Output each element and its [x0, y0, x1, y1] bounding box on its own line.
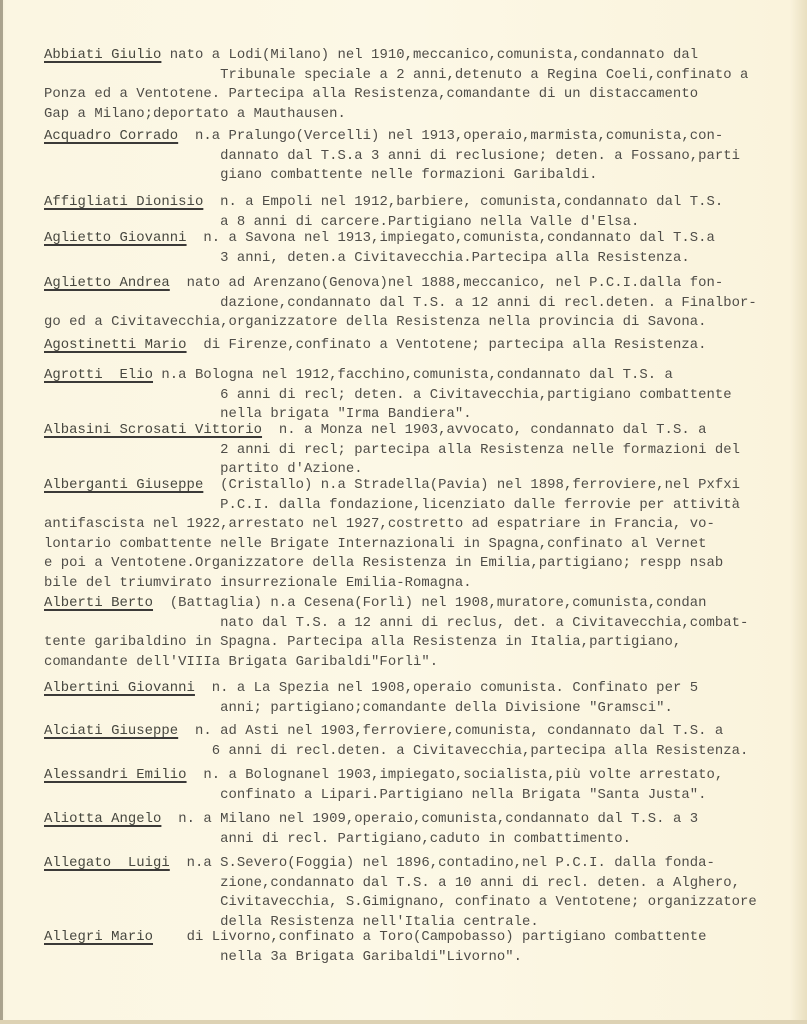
entry-line: Ponza ed a Ventotene. Partecipa alla Res… — [44, 85, 807, 105]
entry-text: giano combattente nelle formazioni Garib… — [220, 167, 597, 183]
entry-name: Affigliati Dionisio — [44, 194, 203, 210]
entry: Aliotta Angelo n. a Milano nel 1909,oper… — [44, 810, 807, 849]
entry-line: comandante dell'VIIIa Brigata Garibaldi"… — [44, 653, 807, 673]
entry-line: dazione,condannato dal T.S. a 12 anni di… — [44, 294, 807, 314]
entry-name: Allegri Mario — [44, 929, 153, 945]
entry-text: n. a Savona nel 1913,impiegato,comunista… — [203, 230, 715, 246]
entry-text: bile del triumvirato insurrezionale Emil… — [44, 575, 472, 591]
entry-line: Alessandri Emilio n. a Bolognanel 1903,i… — [44, 766, 807, 786]
entry-text: partito d'Azione. — [220, 461, 363, 477]
entry-name: Albertini Giovanni — [44, 680, 195, 696]
entry-name: Agrotti Elio — [44, 367, 153, 383]
entry-text: tente garibaldino in Spagna. Partecipa a… — [44, 634, 681, 650]
entry: Alciati Giuseppe n. ad Asti nel 1903,fer… — [44, 722, 807, 761]
entry-text: nato ad Arenzano(Genova)nel 1888,meccani… — [187, 275, 724, 291]
paper-left-edge — [0, 0, 3, 1024]
entry-text: n.a Pralungo(Vercelli) nel 1913,operaio,… — [195, 128, 723, 144]
entry-line: zione,condannato dal T.S. a 10 anni di r… — [44, 874, 807, 894]
entry-text: n. a Bolognanel 1903,impiegato,socialist… — [203, 767, 723, 783]
entry-text: (Battaglia) n.a Cesena(Forlì) nel 1908,m… — [170, 595, 707, 611]
entry-text: nato a Lodi(Milano) nel 1910,meccanico,c… — [170, 47, 698, 63]
entry-text: n.a S.Severo(Foggia) nel 1896,contadino,… — [187, 855, 715, 871]
entry-line: 3 anni, deten.a Civitavecchia.Partecipa … — [44, 249, 807, 269]
entry-text: n.a Bologna nel 1912,facchino,comunista,… — [161, 367, 673, 383]
entry-line: Aliotta Angelo n. a Milano nel 1909,oper… — [44, 810, 807, 830]
entry-line: tente garibaldino in Spagna. Partecipa a… — [44, 633, 807, 653]
entry-text: Tribunale speciale a 2 anni,detenuto a R… — [220, 67, 748, 83]
entry-line: lontario combattente nelle Brigate Inter… — [44, 535, 807, 555]
entry-text: anni di recl. Partigiano,caduto in comba… — [220, 831, 631, 847]
entry-line: nato dal T.S. a 12 anni di reclus, det. … — [44, 614, 807, 634]
entry: Alberti Berto (Battaglia) n.a Cesena(For… — [44, 594, 807, 672]
entry-text: Civitavecchia, S.Gimignano, confinato a … — [220, 894, 757, 910]
entry-name: Aglietto Andrea — [44, 275, 170, 291]
entry-text: lontario combattente nelle Brigate Inter… — [44, 536, 706, 552]
entry-text: n. ad Asti nel 1903,ferroviere,comunista… — [195, 723, 723, 739]
entry-text: Gap a Milano;deportato a Mauthausen. — [44, 106, 346, 122]
entry-line: Gap a Milano;deportato a Mauthausen. — [44, 105, 807, 125]
entry-text: zione,condannato dal T.S. a 10 anni di r… — [220, 875, 740, 891]
entry-line: bile del triumvirato insurrezionale Emil… — [44, 574, 807, 594]
entry-line: Agostinetti Mario di Firenze,confinato a… — [44, 336, 807, 356]
entry-line: Agrotti Elio n.a Bologna nel 1912,facchi… — [44, 366, 807, 386]
entry-text: P.C.I. dalla fondazione,licenziato dalle… — [220, 497, 740, 513]
entry-name: Alessandri Emilio — [44, 767, 187, 783]
entry: Albertini Giovanni n. a La Spezia nel 19… — [44, 679, 807, 718]
entry: Alberganti Giuseppe (Cristallo) n.a Stra… — [44, 476, 807, 593]
entry-line: Alberganti Giuseppe (Cristallo) n.a Stra… — [44, 476, 807, 496]
entry-line: Acquadro Corrado n.a Pralungo(Vercelli) … — [44, 127, 807, 147]
entry-line: confinato a Lipari.Partigiano nella Brig… — [44, 786, 807, 806]
entry-text: dannato dal T.S.a 3 anni di reclusione; … — [220, 148, 740, 164]
entry-name: Agostinetti Mario — [44, 337, 187, 353]
entry: Agostinetti Mario di Firenze,confinato a… — [44, 336, 807, 356]
entry-name: Alberti Berto — [44, 595, 153, 611]
entry-text: n. a Milano nel 1909,operaio,comunista,c… — [178, 811, 698, 827]
entry-line: Alberti Berto (Battaglia) n.a Cesena(For… — [44, 594, 807, 614]
entry-text: n. a Empoli nel 1912,barbiere, comunista… — [220, 194, 723, 210]
entry: Aglietto Giovanni n. a Savona nel 1913,i… — [44, 229, 807, 268]
entry-text: nella 3a Brigata Garibaldi"Livorno". — [220, 949, 522, 965]
entry: Allegato Luigi n.a S.Severo(Foggia) nel … — [44, 854, 807, 932]
entry-line: antifascista nel 1922,arrestato nel 1927… — [44, 515, 807, 535]
entry-text: di Firenze,confinato a Ventotene; partec… — [203, 337, 706, 353]
entry-name: Albasini Scrosati Vittorio — [44, 422, 262, 438]
entry-line: nella 3a Brigata Garibaldi"Livorno". — [44, 948, 807, 968]
entry-text: 3 anni, deten.a Civitavecchia.Partecipa … — [220, 250, 690, 266]
entry-line: anni; partigiano;comandante della Divisi… — [44, 699, 807, 719]
entry-text: Ponza ed a Ventotene. Partecipa alla Res… — [44, 86, 698, 102]
entry-text: nato dal T.S. a 12 anni di reclus, det. … — [220, 615, 748, 631]
entry-line: Albasini Scrosati Vittorio n. a Monza ne… — [44, 421, 807, 441]
document-page: Abbiati Giulio nato a Lodi(Milano) nel 1… — [0, 0, 807, 1024]
entry-name: Aglietto Giovanni — [44, 230, 187, 246]
entry-line: go ed a Civitavecchia,organizzatore dell… — [44, 313, 807, 333]
entry-text: nella brigata "Irma Bandiera". — [220, 406, 472, 422]
entry: Abbiati Giulio nato a Lodi(Milano) nel 1… — [44, 46, 807, 124]
entry-line: Affigliati Dionisio n. a Empoli nel 1912… — [44, 193, 807, 213]
entry: Albasini Scrosati Vittorio n. a Monza ne… — [44, 421, 807, 480]
entry-text: anni; partigiano;comandante della Divisi… — [220, 700, 673, 716]
entry-text: 2 anni di recl; partecipa alla Resistenz… — [220, 442, 740, 458]
entry-line: P.C.I. dalla fondazione,licenziato dalle… — [44, 496, 807, 516]
entry-line: anni di recl. Partigiano,caduto in comba… — [44, 830, 807, 850]
entry-text: (Cristallo) n.a Stradella(Pavia) nel 189… — [220, 477, 740, 493]
entry-name: Aliotta Angelo — [44, 811, 161, 827]
entry-line: giano combattente nelle formazioni Garib… — [44, 166, 807, 186]
entry-text: n. a Monza nel 1903,avvocato, condannato… — [279, 422, 707, 438]
entry-text: confinato a Lipari.Partigiano nella Brig… — [220, 787, 706, 803]
entry-text: 6 anni di recl.deten. a Civitavecchia,pa… — [212, 743, 749, 759]
entry-line: e poi a Ventotene.Organizzatore della Re… — [44, 554, 807, 574]
entry-name: Alciati Giuseppe — [44, 723, 178, 739]
entry: Agrotti Elio n.a Bologna nel 1912,facchi… — [44, 366, 807, 425]
entry: Alessandri Emilio n. a Bolognanel 1903,i… — [44, 766, 807, 805]
entry-text: go ed a Civitavecchia,organizzatore dell… — [44, 314, 706, 330]
entry-line: Aglietto Andrea nato ad Arenzano(Genova)… — [44, 274, 807, 294]
entry-text: dazione,condannato dal T.S. a 12 anni di… — [220, 295, 757, 311]
entry-line: 6 anni di recl.deten. a Civitavecchia,pa… — [44, 742, 807, 762]
entry-line: Aglietto Giovanni n. a Savona nel 1913,i… — [44, 229, 807, 249]
entry: Affigliati Dionisio n. a Empoli nel 1912… — [44, 193, 807, 232]
entry-name: Alberganti Giuseppe — [44, 477, 203, 493]
paper-bottom-edge — [0, 1020, 807, 1024]
entry: Allegri Mario di Livorno,confinato a Tor… — [44, 928, 807, 967]
entry: Aglietto Andrea nato ad Arenzano(Genova)… — [44, 274, 807, 333]
entry-text: 6 anni di recl; deten. a Civitavecchia,p… — [220, 387, 732, 403]
entry-line: 6 anni di recl; deten. a Civitavecchia,p… — [44, 386, 807, 406]
entry-name: Acquadro Corrado — [44, 128, 178, 144]
entry-text: comandante dell'VIIIa Brigata Garibaldi"… — [44, 654, 438, 670]
entry-text: di Livorno,confinato a Toro(Campobasso) … — [187, 929, 707, 945]
entry-name: Abbiati Giulio — [44, 47, 161, 63]
entry-line: Alciati Giuseppe n. ad Asti nel 1903,fer… — [44, 722, 807, 742]
entry-line: Civitavecchia, S.Gimignano, confinato a … — [44, 893, 807, 913]
entry-name: Allegato Luigi — [44, 855, 170, 871]
entry: Acquadro Corrado n.a Pralungo(Vercelli) … — [44, 127, 807, 186]
entry-line: Allegato Luigi n.a S.Severo(Foggia) nel … — [44, 854, 807, 874]
entry-line: Tribunale speciale a 2 anni,detenuto a R… — [44, 66, 807, 86]
entry-text: antifascista nel 1922,arrestato nel 1927… — [44, 516, 715, 532]
entry-line: dannato dal T.S.a 3 anni di reclusione; … — [44, 147, 807, 167]
entry-line: Allegri Mario di Livorno,confinato a Tor… — [44, 928, 807, 948]
entry-line: 2 anni di recl; partecipa alla Resistenz… — [44, 441, 807, 461]
entry-line: Albertini Giovanni n. a La Spezia nel 19… — [44, 679, 807, 699]
entry-line: Abbiati Giulio nato a Lodi(Milano) nel 1… — [44, 46, 807, 66]
entry-text: n. a La Spezia nel 1908,operaio comunist… — [212, 680, 698, 696]
entry-text: e poi a Ventotene.Organizzatore della Re… — [44, 555, 723, 571]
entry-text: a 8 anni di carcere.Partigiano nella Val… — [220, 214, 639, 230]
